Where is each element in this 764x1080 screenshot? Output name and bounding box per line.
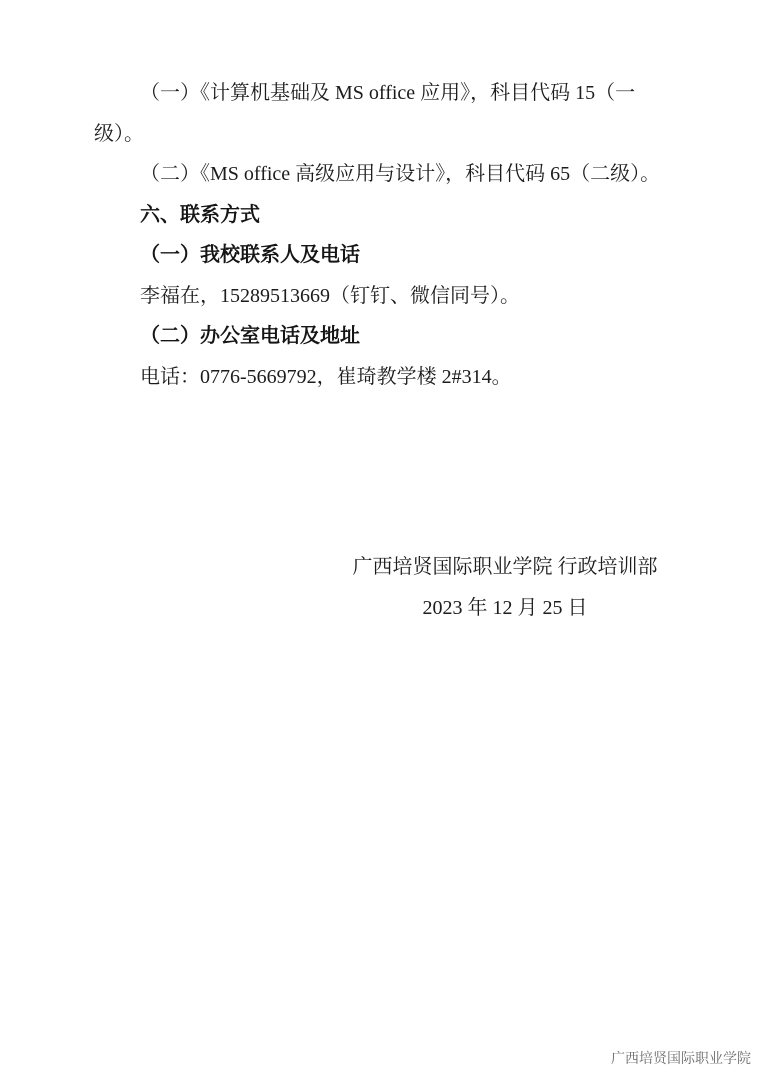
subject-two-line: （二）《MS office 高级应用与设计》，科目代码 65（二级）。: [94, 154, 694, 195]
signature-date: 2023 年 12 月 25 日: [300, 588, 710, 629]
signature-block: 广西培贤国际职业学院 行政培训部 2023 年 12 月 25 日: [300, 547, 710, 629]
subject-one-line-1: （一）《计算机基础及 MS office 应用》，科目代码 15（一: [94, 73, 694, 114]
subheading-office-address: （二）办公室电话及地址: [94, 316, 694, 357]
office-phone-line: 电话：0776-5669792，崔琦教学楼 2#314。: [94, 357, 694, 398]
section-heading-contact: 六、联系方式: [94, 195, 694, 236]
contact-person-line: 李福在，15289513669（钉钉、微信同号）。: [94, 276, 694, 317]
document-page: （一）《计算机基础及 MS office 应用》，科目代码 15（一 级）。 （…: [0, 0, 764, 1080]
signature-organization: 广西培贤国际职业学院 行政培训部: [300, 547, 710, 588]
subject-one-line-2: 级）。: [94, 114, 694, 155]
page-watermark: 广西培贤国际职业学院: [611, 1048, 751, 1068]
subheading-contact-person: （一）我校联系人及电话: [94, 235, 694, 276]
document-body: （一）《计算机基础及 MS office 应用》，科目代码 15（一 级）。 （…: [94, 73, 694, 397]
